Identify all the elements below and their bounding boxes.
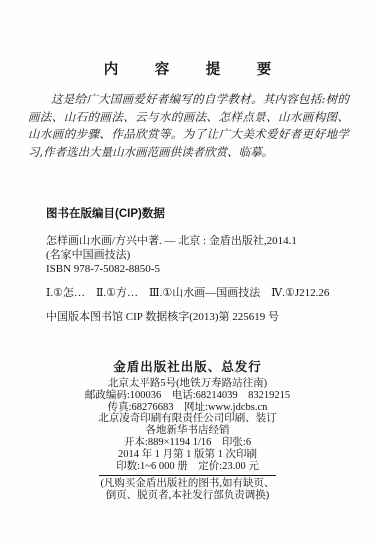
- content-summary-paragraph: 这是给广大国画爱好者编写的自学教材。其内容包括:树的画法、山石的画法、云与水的画…: [28, 91, 349, 161]
- publisher-line: 金盾出版社出版、总发行: [0, 360, 375, 375]
- publisher-address-line: 北京太平路5号(地铁万寿路站往南): [0, 378, 375, 390]
- cip-series-line: (名家中国画技法): [46, 248, 347, 262]
- fax-website-line: 传真:68276683 网址:www.jdcbs.cn: [0, 402, 375, 414]
- cip-title-line: 怎样画山水画/方兴中著. — 北京 : 金盾出版社,2014.1: [46, 234, 347, 248]
- postcode-phone-line: 邮政编码:100036 电话:68214039 83219215: [0, 390, 375, 402]
- edition-printing-line: 2014 年 1 月第 1 版第 1 次印刷: [0, 449, 375, 461]
- content-summary-title: 内 容 提 要: [0, 58, 375, 79]
- distribution-line: 各地新华书店经销: [0, 425, 375, 437]
- return-notice-line-1: (凡购买金盾出版社的图书,如有缺页、: [0, 478, 375, 490]
- cip-record-number-line: 中国版本图书馆 CIP 数据核字(2013)第 225619 号: [46, 310, 347, 324]
- print-run-price-line: 印数:1~6 000 册 定价:23.00 元: [99, 461, 276, 476]
- cip-isbn-line: ISBN 978-7-5082-8850-5: [46, 262, 347, 276]
- colophon-section: 金盾出版社出版、总发行 北京太平路5号(地铁万寿路站往南) 邮政编码:10003…: [0, 360, 375, 502]
- printer-line: 北京凌奇印刷有限责任公司印刷、装订: [0, 413, 375, 425]
- book-copyright-page: 内 容 提 要 这是给广大国画爱好者编写的自学教材。其内容包括:树的画法、山石的…: [0, 0, 375, 549]
- cip-heading: 图书在版编目(CIP)数据: [46, 205, 347, 221]
- return-notice-line-2: 倒页、脱页者,本社发行部负责调换): [0, 490, 375, 502]
- content-summary-section: 内 容 提 要 这是给广大国画爱好者编写的自学教材。其内容包括:树的画法、山石的…: [0, 58, 375, 161]
- format-sheets-line: 开本:889×1194 1/16 印张:6: [0, 437, 375, 449]
- cip-data-section: 图书在版编目(CIP)数据 怎样画山水画/方兴中著. — 北京 : 金盾出版社,…: [46, 205, 347, 324]
- cip-classification-line: Ⅰ.①怎… Ⅱ.①方… Ⅲ.①山水画—国画技法 Ⅳ.①J212.26: [46, 286, 347, 300]
